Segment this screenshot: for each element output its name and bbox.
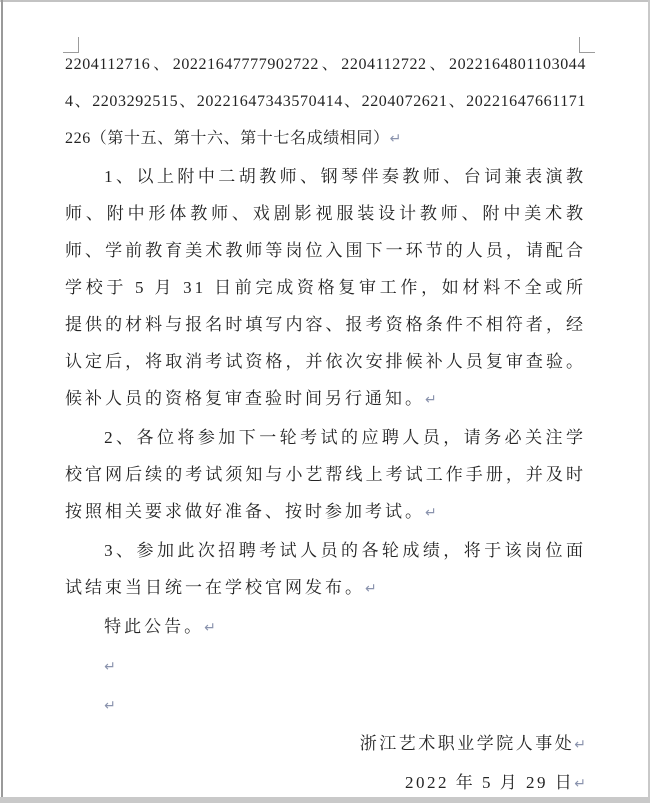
notice-paragraph-3-text: 3、参加此次招聘考试人员的各轮成绩，将于该岗位面试结束当日统一在学校官网发布。: [65, 541, 586, 597]
notice-paragraph-3: 3、参加此次招聘考试人员的各轮成绩，将于该岗位面试结束当日统一在学校官网发布。↵: [65, 532, 586, 608]
page-edge-left: [1, 0, 3, 803]
paragraph-mark: ↵: [365, 581, 377, 597]
closing-announcement-text: 特此公告。: [104, 617, 204, 636]
paragraph-mark: ↵: [574, 737, 586, 753]
paragraph-mark: ↵: [425, 505, 437, 521]
exam-id-list-paragraph: 2204112716、20221647777902722、2204112722、…: [65, 46, 586, 158]
paragraph-mark: ↵: [574, 776, 586, 792]
signature-department-text: 浙江艺术职业学院人事处: [360, 734, 575, 753]
paragraph-mark: ↵: [425, 392, 437, 408]
signature-date-line: 2022 年 5 月 29 日↵: [65, 764, 586, 803]
paragraph-mark: ↵: [204, 620, 216, 636]
notice-paragraph-2: 2、各位将参加下一轮考试的应聘人员，请务必关注学校官网后续的考试须知与小艺帮线上…: [65, 419, 586, 532]
notice-paragraph-1-text: 1、以上附中二胡教师、钢琴伴奏教师、台词兼表演教师、附中形体教师、戏剧影视服装设…: [65, 167, 586, 408]
exam-id-list-text: 2204112716、20221647777902722、2204112722、…: [65, 56, 586, 147]
empty-paragraph: ↵: [65, 647, 586, 686]
document-text-area: 2204112716、20221647777902722、2204112722、…: [65, 46, 586, 803]
signature-date-text: 2022 年 5 月 29 日: [405, 773, 574, 792]
notice-paragraph-2-text: 2、各位将参加下一轮考试的应聘人员，请务必关注学校官网后续的考试须知与小艺帮线上…: [65, 428, 586, 521]
paragraph-mark: ↵: [104, 698, 116, 714]
signature-department-line: 浙江艺术职业学院人事处↵: [65, 725, 586, 764]
paragraph-mark: ↵: [390, 131, 402, 147]
page-edge-top: [0, 0, 650, 2]
empty-paragraph: ↵: [65, 686, 586, 725]
paragraph-mark: ↵: [104, 659, 116, 675]
notice-paragraph-1: 1、以上附中二胡教师、钢琴伴奏教师、台词兼表演教师、附中形体教师、戏剧影视服装设…: [65, 158, 586, 419]
closing-announcement-line: 特此公告。↵: [65, 608, 586, 647]
